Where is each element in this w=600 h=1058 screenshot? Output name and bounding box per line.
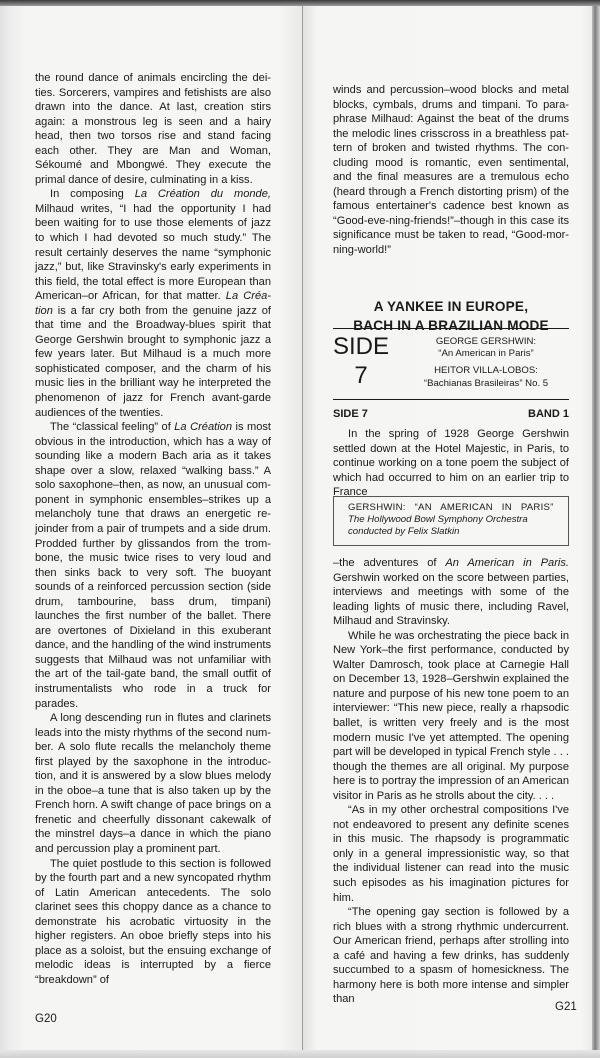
page-number-left: G20 [35, 1013, 57, 1025]
italic-title: La Création du monde, [135, 188, 271, 200]
side-band-heading: SIDE 7 BAND 1 [333, 408, 569, 420]
side-listing: SIDE 7 GEORGE GERSHWIN: “An American in … [333, 328, 569, 400]
intro-paragraph-block: In the spring of 1928 George Gershwin se… [333, 427, 569, 500]
body-paragraph: The quiet postlude to this section is fo… [35, 857, 271, 988]
credit-conductor: conducted by Felix Slatkin [348, 526, 554, 538]
body-paragraph: In composing La Création du monde, Milha… [35, 187, 271, 420]
side-label: SIDE [333, 333, 389, 361]
work-title: “An American in Paris” [403, 348, 569, 360]
body-paragraph: While he was orchestrating the piece bac… [333, 629, 569, 804]
italic-title: An American in Paris. [445, 557, 569, 569]
scan-right-edge [592, 6, 600, 1050]
continued-paragraph: winds and percussion–wood blocks and met… [333, 83, 569, 258]
side-works-list: GEORGE GERSHWIN: “An American in Paris” … [403, 336, 569, 390]
left-page: the round dance of animals encircling th… [8, 6, 302, 1050]
body-paragraph: “The opening gay section is followed by … [333, 905, 569, 1007]
body-paragraph: A long descending run in flutes and clar… [35, 711, 271, 856]
body-paragraph: –the adventures of An American in Paris.… [333, 556, 569, 629]
right-page-top-paragraph: winds and percussion–wood blocks and met… [333, 83, 569, 258]
right-page-body: –the adventures of An American in Paris.… [333, 556, 569, 1007]
side-heading: SIDE 7 [333, 408, 368, 420]
page-number-right: G21 [555, 1001, 577, 1013]
band-heading: BAND 1 [528, 408, 569, 420]
intro-paragraph: In the spring of 1928 George Gershwin se… [333, 427, 569, 500]
recording-credit-box: GERSHWIN: “AN AMERICAN IN PARIS” The Hol… [333, 496, 569, 546]
credit-performer: The Hollywood Bowl Symphony Orchestra [348, 514, 554, 526]
body-paragraph: The “classical feeling” of La Création i… [35, 420, 271, 711]
work-composer: HEITOR VILLA-LOBOS: [403, 365, 569, 377]
headline-line-1: A YANKEE IN EUROPE, [333, 297, 569, 316]
left-page-body: the round dance of animals encircling th… [35, 71, 271, 987]
right-page: winds and percussion–wood blocks and met… [302, 6, 592, 1050]
scan-bottom-edge [0, 1050, 600, 1058]
italic-title: La Création [174, 421, 232, 433]
scan-left-edge [0, 6, 8, 1050]
work-composer: GEORGE GERSHWIN: [403, 336, 569, 348]
credit-title: GERSHWIN: “AN AMERICAN IN PARIS” [348, 502, 554, 514]
body-paragraph: the round dance of animals encircling th… [35, 71, 271, 187]
body-paragraph: “As in my other orchestral compositions … [333, 803, 569, 905]
work-title: “Bachianas Brasileiras” No. 5 [403, 378, 569, 390]
side-number: 7 [333, 362, 389, 390]
